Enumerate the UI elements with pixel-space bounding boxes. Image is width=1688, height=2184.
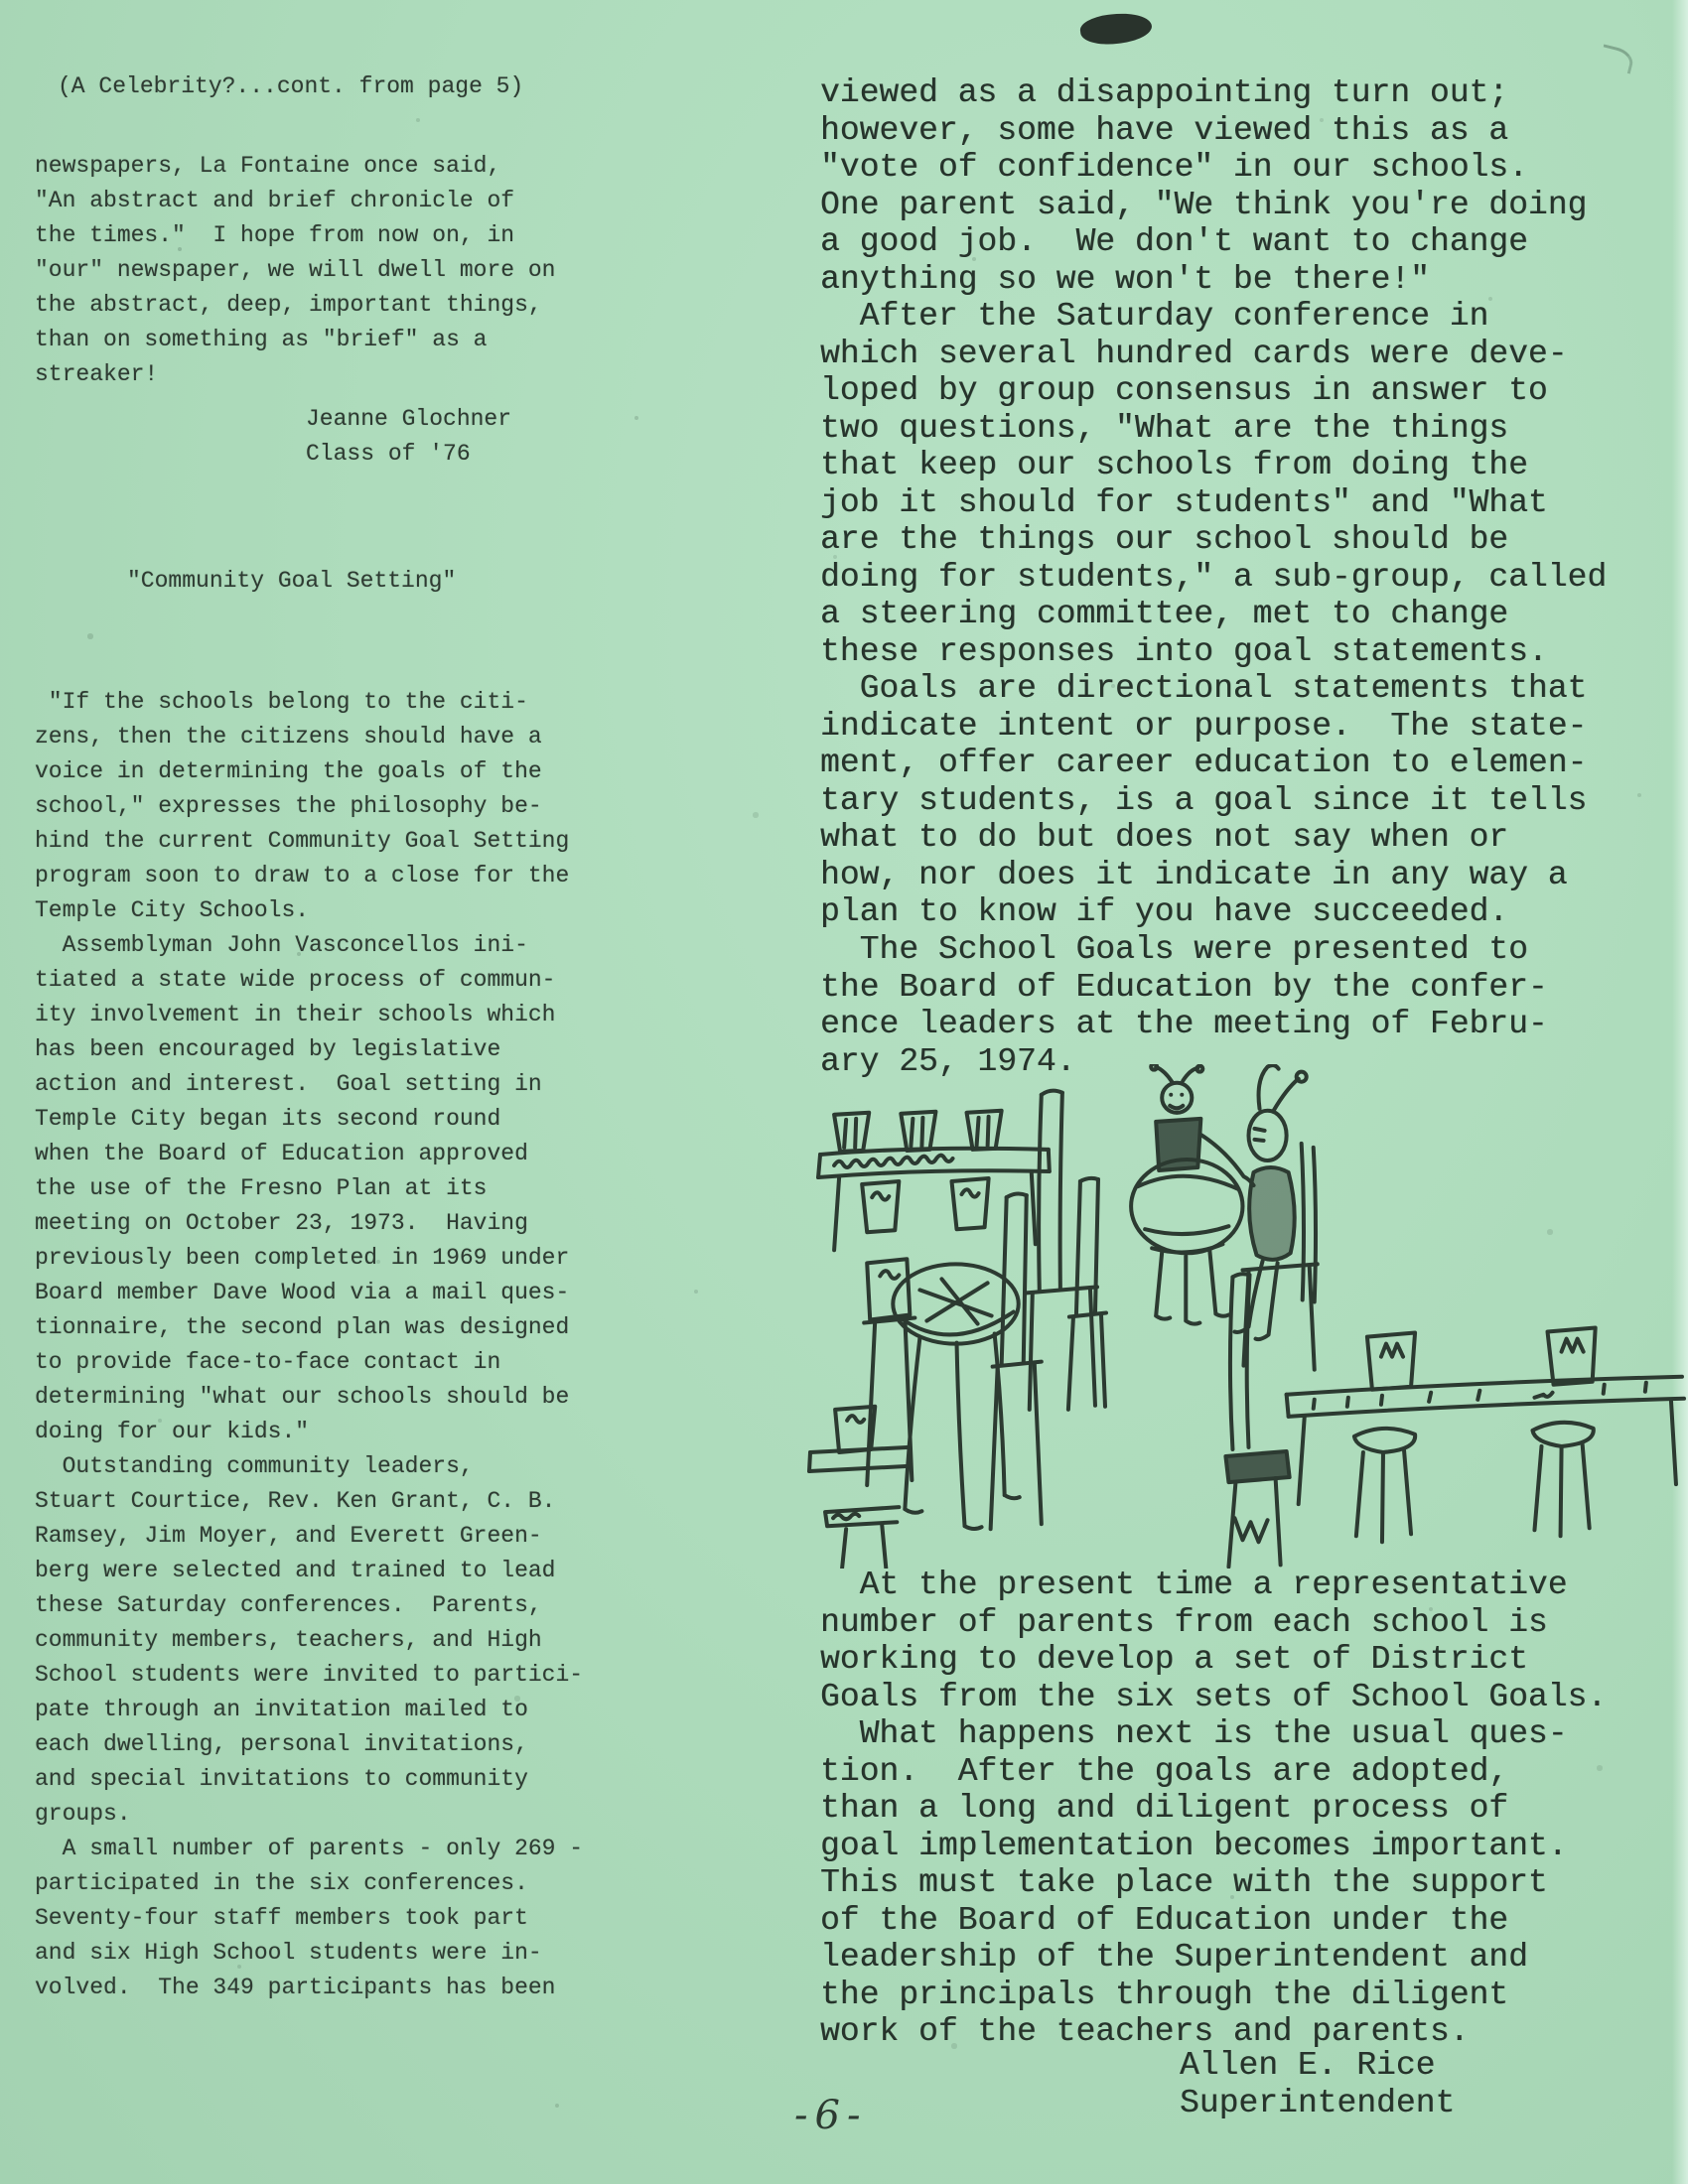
newsletter-page: (A Celebrity?...cont. from page 5) newsp… <box>0 0 1688 2184</box>
ant-character-left <box>1151 1064 1253 1185</box>
right-paragraph: What happens next is the usual ques- tio… <box>820 1715 1568 2051</box>
left-paragraph: A small number of parents - only 269 - p… <box>35 1832 583 2005</box>
right-paragraph: Goals are directional statements that in… <box>820 670 1587 931</box>
w-scribble <box>1234 1518 1267 1542</box>
right-paragraph: After the Saturday conference in which s… <box>820 298 1607 670</box>
banquet-table <box>818 1111 1050 1250</box>
right-paragraph: At the present time a representative num… <box>820 1567 1607 1715</box>
paper-speckles <box>0 0 2 2</box>
right-paragraph: viewed as a disappointing turn out; howe… <box>820 74 1587 298</box>
right-paragraph: The School Goals were presented to the B… <box>820 931 1548 1080</box>
long-table-bottom-right <box>1287 1328 1684 1543</box>
left-paragraph: Assemblyman John Vasconcellos ini- tiate… <box>35 928 569 1449</box>
meeting-table <box>1131 1160 1242 1324</box>
celebrity-letter-body: newspapers, La Fontaine once said, "An a… <box>35 149 556 392</box>
slim-chair <box>1068 1178 1106 1410</box>
left-paragraph: "If the schools belong to the citi- zens… <box>35 685 569 928</box>
scan-artifact <box>1078 10 1153 49</box>
pen-mark <box>1599 44 1636 73</box>
corner-table <box>809 1407 907 1569</box>
left-paragraph: Outstanding community leaders, Stuart Co… <box>35 1449 583 1832</box>
round-table <box>893 1264 1019 1529</box>
superintendent-signature-title: Superintendent <box>1180 2085 1455 2122</box>
superintendent-signature-name: Allen E. Rice <box>1180 2047 1435 2085</box>
celebrity-signature-class: Class of '76 <box>306 437 471 472</box>
section-heading: "Community Goal Setting" <box>127 564 456 599</box>
continuation-note: (A Celebrity?...cont. from page 5) <box>58 69 523 104</box>
celebrity-signature-name: Jeanne Glochner <box>306 402 511 437</box>
cafeteria-sketch-illustration <box>806 1064 1688 1569</box>
page-number: -6- <box>794 2093 867 2138</box>
